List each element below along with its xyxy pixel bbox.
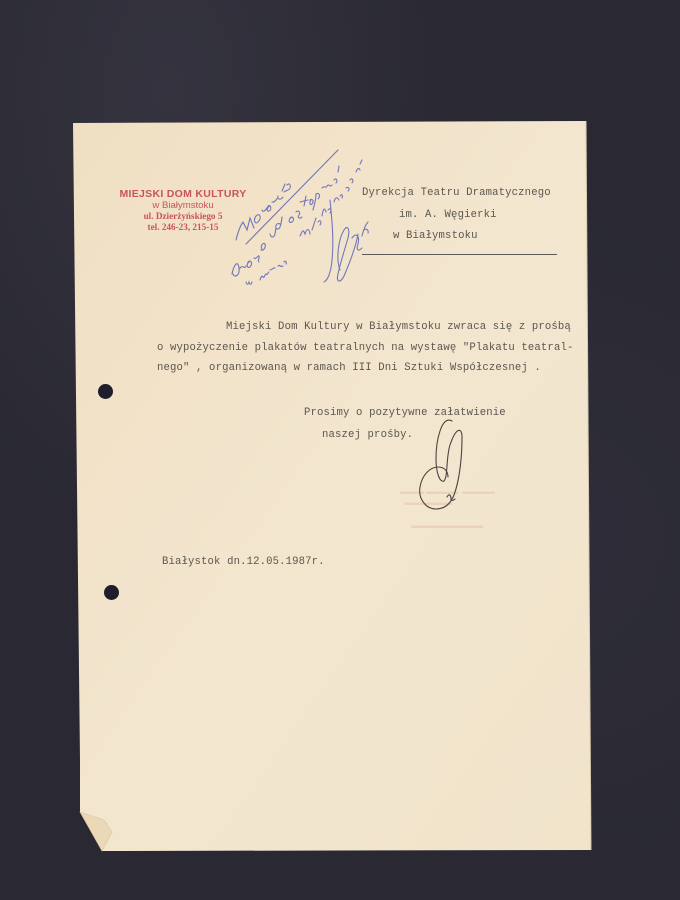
faint-stamp: ▬▬▬ ▬▬▬▬ ▬▬▬▬ ▬▬▬▬▬▬ ▬▬▬▬▬▬▬▬▬ (400, 486, 495, 531)
letter-sheet: MIEJSKI DOM KULTURY w Białymstoku ul. Dz… (0, 0, 680, 900)
body-line-3: nego" , organizowaną w ramach III Dni Sz… (157, 363, 541, 374)
body-line-2: o wypożyczenie plakatów teatralnych na w… (157, 343, 573, 354)
body-line-1: Miejski Dom Kultury w Białymstoku zwraca… (226, 322, 571, 333)
recipient-line-3: w Białymstoku (393, 231, 478, 242)
stamp-phone: tel. 246-23, 215-15 (116, 222, 250, 232)
closing-line-2: naszej prośby. (322, 430, 413, 441)
punch-hole-top (98, 384, 113, 399)
closing-line-1: Prosimy o pozytywne załatwienie (304, 408, 506, 419)
paper-shape (0, 0, 680, 900)
recipient-line-2: im. A. Węgierki (399, 210, 497, 221)
recipient-underline (362, 254, 557, 255)
recipient-line-1: Dyrekcja Teatru Dramatycznego (362, 188, 551, 199)
letterhead-stamp: MIEJSKI DOM KULTURY w Białymstoku ul. Dz… (116, 189, 250, 232)
stamp-org-name: MIEJSKI DOM KULTURY (116, 189, 250, 201)
stamp-city: w Białymstoku (116, 201, 250, 212)
punch-hole-bottom (104, 585, 119, 600)
place-date: Białystok dn.12.05.1987r. (162, 557, 325, 568)
stamp-address: ul. Dzierżyńskiego 5 (116, 211, 250, 221)
